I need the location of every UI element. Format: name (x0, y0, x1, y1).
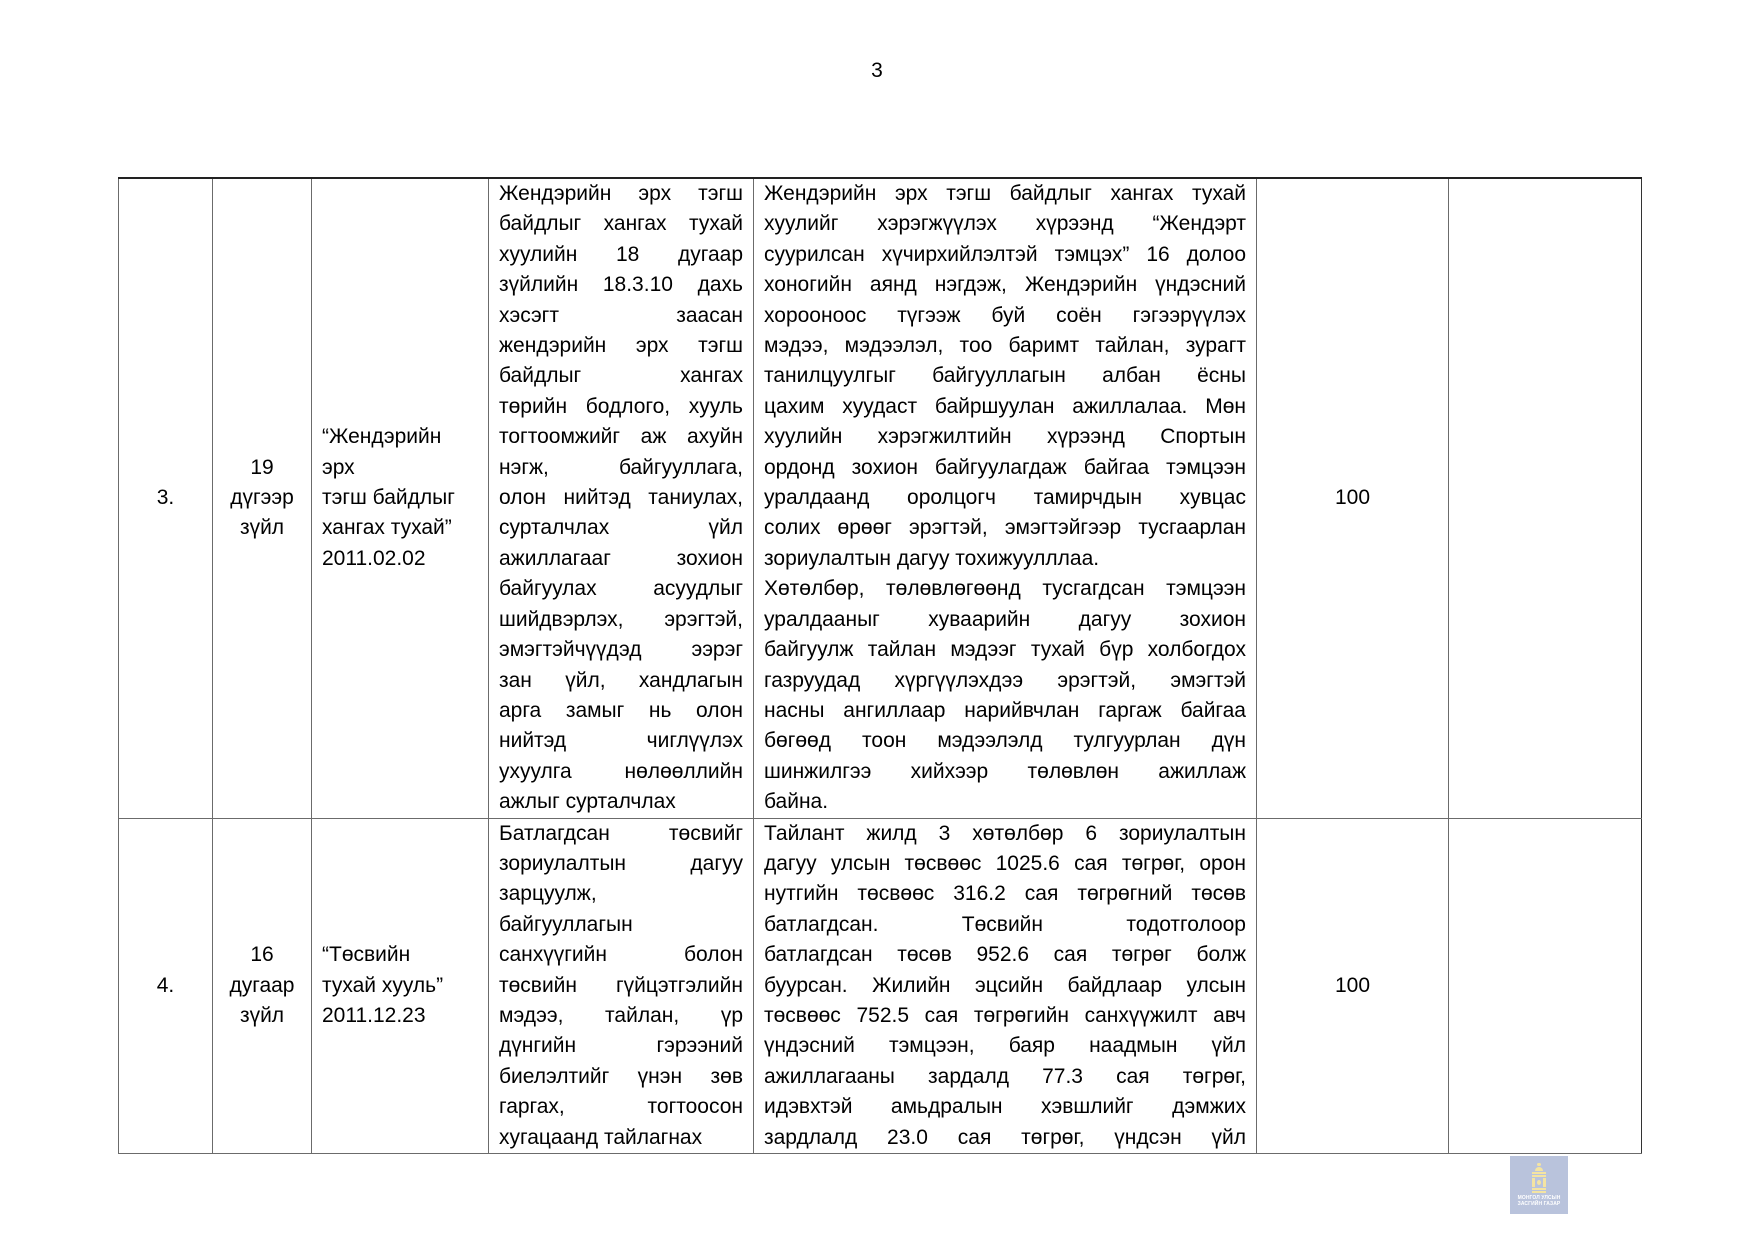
text-line: ажиллагааны зардалд 77.3 сая төгрөг, (764, 1062, 1246, 1092)
text-line: 19 (223, 453, 301, 483)
row-number: 3. (157, 486, 175, 509)
text-line: нутгийн төсвөөс 316.2 сая төгрөгний төсө… (764, 879, 1246, 909)
text-line: “Жендэрийн (322, 422, 478, 452)
text-line: шинжилгээ хийхээр төлөвлөн ажиллаж (764, 757, 1246, 787)
text-line: төсвийн гүйцэтгэлийн (499, 971, 743, 1001)
text-line: байдлыг хангах тухай (499, 209, 743, 239)
text-line: нэгж, байгууллага, (499, 453, 743, 483)
text-line: гаргах, тогтоосон (499, 1092, 743, 1122)
text-line: дугаар (223, 971, 301, 1001)
performance-cell: Жендэрийн эрх тэгш байдлыг хангах тухайх… (754, 178, 1257, 818)
text-line: дүгээр (223, 483, 301, 513)
completion-percent: 100 (1335, 486, 1370, 509)
law-title-cell: “Жендэрийнэрхтэгш байдлыгхангах тухай”20… (312, 178, 489, 818)
text-line: дагуу улсын төсвөөс 1025.6 сая төгрөг, о… (764, 849, 1246, 879)
text-line: суурилсан хүчирхийлэлтэй тэмцэх” 16 доло… (764, 240, 1246, 270)
text-line: 2011.12.23 (322, 1001, 478, 1031)
text-line: эрх (322, 453, 478, 483)
row-number-cell: 4. (119, 818, 213, 1153)
report-table: 3.19дүгээрзүйл“Жендэрийнэрхтэгш байдлыгх… (118, 177, 1642, 1154)
text-line: танилцуулгыг байгууллагын албан ёсны (764, 361, 1246, 391)
text-line: байгуулж тайлан мэдээг тухай бүр холбогд… (764, 635, 1246, 665)
text-line: ажиллагааг зохион (499, 544, 743, 574)
text-line: насны ангиллаар нарийвчлан гаргаж байгаа (764, 696, 1246, 726)
text-line: байна. (764, 787, 1246, 817)
law-title-cell: “Төсвийнтухай хууль”2011.12.23 (312, 818, 489, 1153)
text-line: “Төсвийн (322, 940, 478, 970)
text-line: зүйлийн 18.3.10 дахь (499, 270, 743, 300)
text-line: зүйл (223, 513, 301, 543)
text-line: үндэсний тэмцээн, баяр наадмын үйл (764, 1031, 1246, 1061)
text-line: төрийн бодлого, хууль (499, 392, 743, 422)
text-line: зориулалтын дагуу тохижуулллаа. (764, 544, 1246, 574)
text-line: Батлагдсан төсвийг (499, 819, 743, 849)
text-line: хугацаанд тайлагнах (499, 1123, 743, 1153)
article-cell: 19дүгээрзүйл (213, 178, 312, 818)
table-row: 4.16дугаарзүйл“Төсвийнтухай хууль”2011.1… (119, 818, 1642, 1153)
text-line: арга замыг нь олон (499, 696, 743, 726)
text-line: 2011.02.02 (322, 544, 478, 574)
text-line: хуулийг хэрэгжүүлэх хүрээнд “Жендэрт (764, 209, 1246, 239)
task-cell: Жендэрийн эрх тэгшбайдлыг хангах тухайху… (489, 178, 754, 818)
text-line: зардлалд 23.0 сая төгрөг, үндсэн үйл (764, 1123, 1246, 1153)
table-row: 3.19дүгээрзүйл“Жендэрийнэрхтэгш байдлыгх… (119, 178, 1642, 818)
performance-cell: Тайлант жилд 3 хөтөлбөр 6 зориулалтындаг… (754, 818, 1257, 1153)
text-line: мэдээ, мэдээлэл, тоо баримт тайлан, зура… (764, 331, 1246, 361)
text-line: байгууллагын (499, 910, 743, 940)
text-line: батлагдсан. Төсвийн тодотголоор (764, 910, 1246, 940)
text-line: төсвөөс 752.5 сая төгрөгийн санхүүжилт а… (764, 1001, 1246, 1031)
text-line: идэвхтэй амьдралын хэвшлийг дэмжих (764, 1092, 1246, 1122)
text-line: шийдвэрлэх, эрэгтэй, (499, 605, 743, 635)
task-cell: Батлагдсан төсвийгзориулалтын дагуузарцу… (489, 818, 754, 1153)
text-line: уралдаанд оролцогч тамирчдын хувцас (764, 483, 1246, 513)
text-line: санхүүгийн болон (499, 940, 743, 970)
text-line: тогтоомжийг аж ахуйн (499, 422, 743, 452)
text-line: нийтэд чиглүүлэх (499, 726, 743, 756)
article-cell: 16дугаарзүйл (213, 818, 312, 1153)
note-cell (1449, 178, 1642, 818)
text-line: Жендэрийн эрх тэгш (499, 179, 743, 209)
text-line: тухай хууль” (322, 971, 478, 1001)
text-line: цахим хуудаст байршуулан ажиллалаа. Мөн (764, 392, 1246, 422)
soyombo-emblem-icon (1532, 1163, 1546, 1193)
text-line: зүйл (223, 1001, 301, 1031)
text-line: хуулийн хэрэгжилтийн хүрээнд Спортын (764, 422, 1246, 452)
percent-cell: 100 (1257, 178, 1449, 818)
text-line: хангах тухай” (322, 513, 478, 543)
percent-cell: 100 (1257, 818, 1449, 1153)
text-line: солих өрөөг эрэгтэй, эмэгтэйгээр тусгаар… (764, 513, 1246, 543)
logo-text: МОНГОЛ УЛСЫН ЗАСГИЙН ГАЗАР (1518, 1195, 1561, 1207)
page-number: 3 (0, 58, 1754, 84)
text-line: бөгөөд тоон мэдээлэлд тулгуурлан дүн (764, 726, 1246, 756)
text-line: мэдээ, тайлан, үр (499, 1001, 743, 1031)
row-number-cell: 3. (119, 178, 213, 818)
text-line: олон нийтэд таниулах, (499, 483, 743, 513)
text-line: байгуулах асуудлыг (499, 574, 743, 604)
text-line: батлагдсан төсөв 952.6 сая төгрөг болж (764, 940, 1246, 970)
text-line: хэсэгт заасан (499, 301, 743, 331)
text-line: биелэлтийг үнэн зөв (499, 1062, 743, 1092)
text-line: буурсан. Жилийн эцсийн байдлаар улсын (764, 971, 1246, 1001)
text-line: байдлыг хангах (499, 361, 743, 391)
text-line: Жендэрийн эрх тэгш байдлыг хангах тухай (764, 179, 1246, 209)
logo-line-2: ЗАСГИЙН ГАЗАР (1518, 1201, 1561, 1207)
text-line: Тайлант жилд 3 хөтөлбөр 6 зориулалтын (764, 819, 1246, 849)
note-cell (1449, 818, 1642, 1153)
text-line: газруудад хүргүүлэхдээ эрэгтэй, эмэгтэй (764, 666, 1246, 696)
row-number: 4. (157, 974, 175, 997)
text-line: зарцуулж, (499, 879, 743, 909)
text-line: дүнгийн гэрээний (499, 1031, 743, 1061)
text-line: Хөтөлбөр, төлөвлөгөөнд тусгагдсан тэмцээ… (764, 574, 1246, 604)
completion-percent: 100 (1335, 974, 1370, 997)
government-logo: МОНГОЛ УЛСЫН ЗАСГИЙН ГАЗАР (1510, 1156, 1568, 1214)
text-line: тэгш байдлыг (322, 483, 478, 513)
text-line: эмэгтэйчүүдэд ээрэг (499, 635, 743, 665)
text-line: хуулийн 18 дугаар (499, 240, 743, 270)
text-line: уралдааныг хуваарийн дагуу зохион (764, 605, 1246, 635)
text-line: зориулалтын дагуу (499, 849, 743, 879)
text-line: 16 (223, 940, 301, 970)
text-line: хоногийн аянд нэгдэж, Жендэрийн үндэсний (764, 270, 1246, 300)
text-line: ордонд зохион байгуулагдаж байгаа тэмцээ… (764, 453, 1246, 483)
text-line: ухуулга нөлөөллийн (499, 757, 743, 787)
text-line: сурталчлах үйл (499, 513, 743, 543)
text-line: хорооноос түгээж буй соён гэгээрүүлэх (764, 301, 1246, 331)
text-line: зан үйл, хандлагын (499, 666, 743, 696)
text-line: жендэрийн эрх тэгш (499, 331, 743, 361)
text-line: ажлыг сурталчлах (499, 787, 743, 817)
